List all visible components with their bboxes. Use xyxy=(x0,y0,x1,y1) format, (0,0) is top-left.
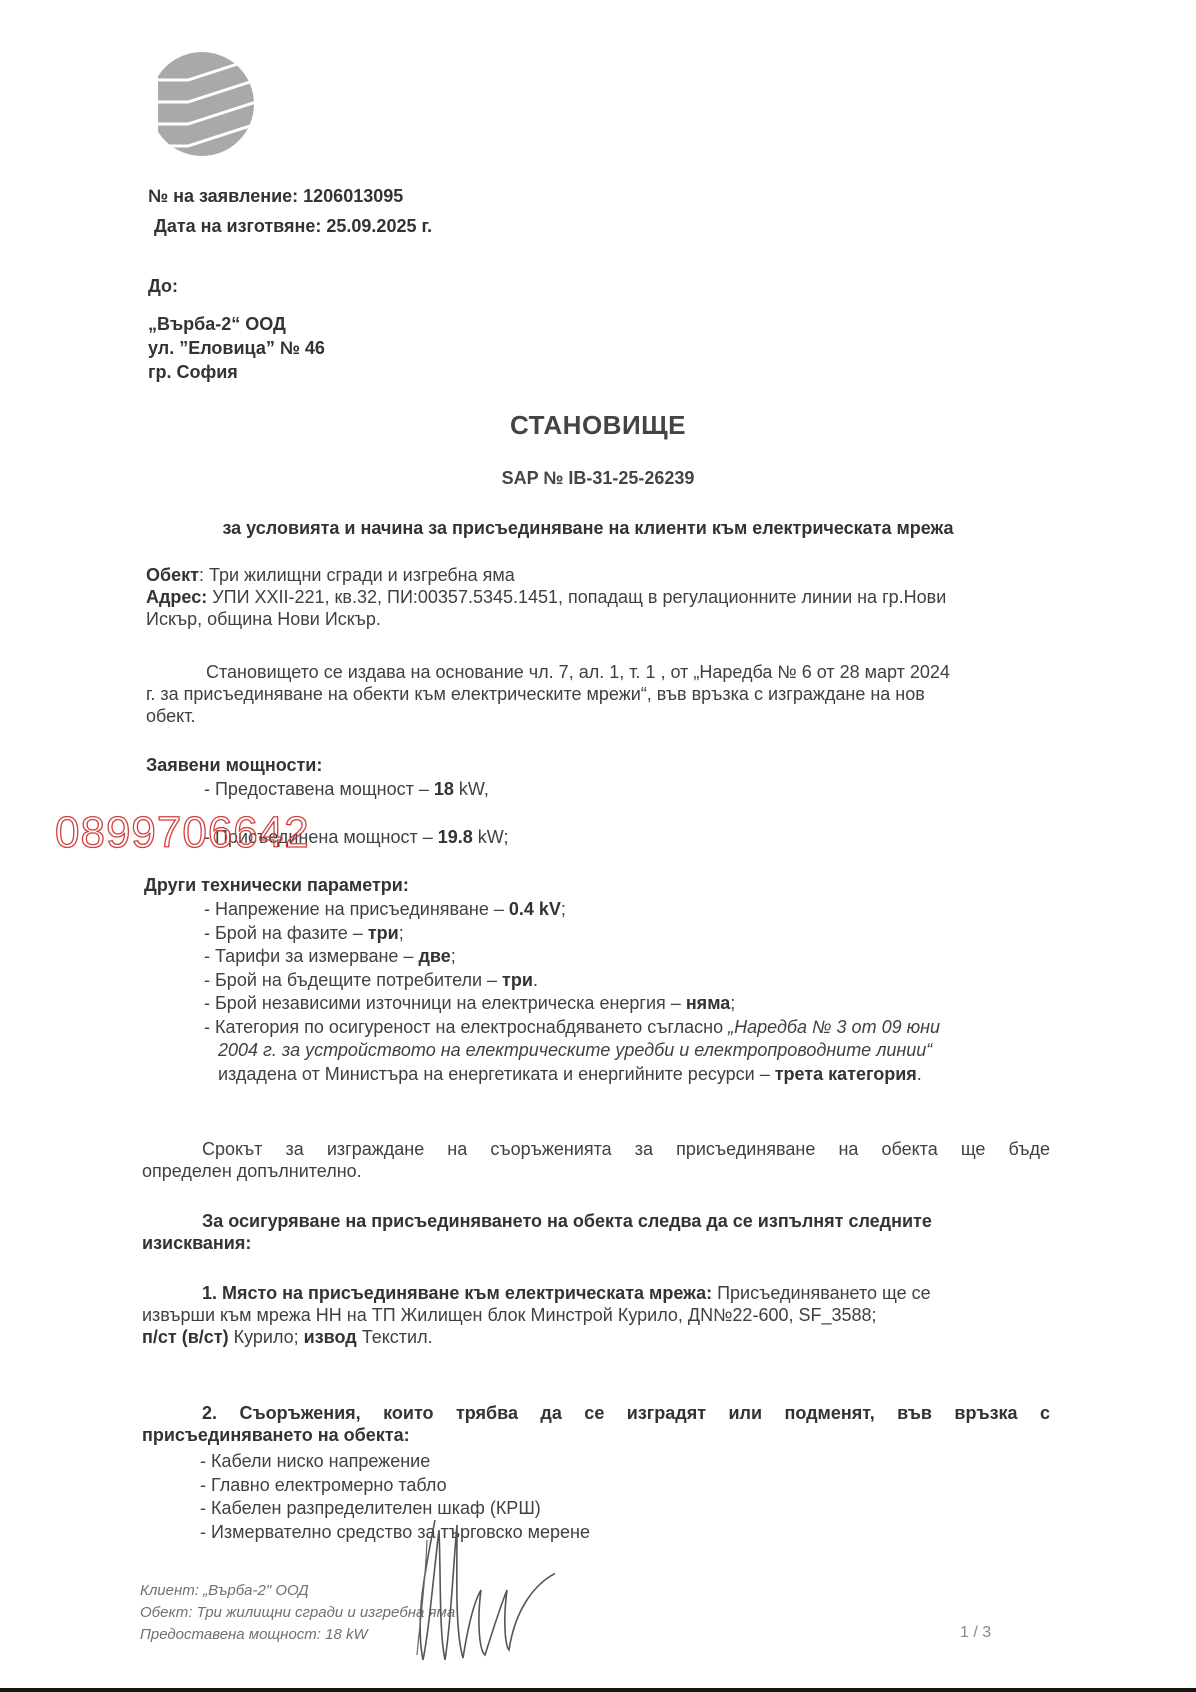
scan-edge xyxy=(0,1688,1196,1692)
object-line: Обект: Три жилищни сгради и изгребна яма xyxy=(146,564,1076,586)
deadline-paragraph: Срокът за изграждане на съоръженията за … xyxy=(142,1138,1050,1182)
recipient-city: гр. София xyxy=(148,360,325,384)
application-number: № на заявление: 1206013095 xyxy=(148,186,403,207)
object-address-block: Обект: Три жилищни сгради и изгребна яма… xyxy=(146,564,1076,630)
recipient-block: „Върба-2“ ООД ул. ”Еловица” № 46 гр. Соф… xyxy=(148,312,325,384)
phone-watermark: 0899706642 xyxy=(55,808,310,858)
sap-number: SAP № IB-31-25-26239 xyxy=(0,468,1196,489)
page-number: 1 / 3 xyxy=(960,1624,991,1642)
tech-item: - Брой на фазите – три; xyxy=(204,922,1084,946)
tech-item-category: - Категория по осигуреност на електросна… xyxy=(204,1016,1084,1040)
date-prepared: Дата на изготвяне: 25.09.2025 г. xyxy=(154,216,432,237)
facility-item: - Кабели ниско напрежение xyxy=(200,1450,590,1474)
to-label: До: xyxy=(148,276,178,297)
basis-paragraph: Становището се издава на основание чл. 7… xyxy=(146,661,1076,727)
tech-item: - Напрежение на присъединяване – 0.4 kV; xyxy=(204,898,1084,922)
signature-icon xyxy=(395,1510,555,1670)
company-logo xyxy=(148,50,256,158)
recipient-company: „Върба-2“ ООД xyxy=(148,312,325,336)
document-subtitle: за условията и начина за присъединяване … xyxy=(0,518,1186,539)
recipient-street: ул. ”Еловица” № 46 xyxy=(148,336,325,360)
address-line: Адрес: УПИ XXII-221, кв.32, ПИ:00357.534… xyxy=(146,586,1076,608)
document-title: СТАНОВИЩЕ xyxy=(0,410,1196,441)
facility-item: - Главно електромерно табло xyxy=(200,1474,590,1498)
point-2-facilities: 2. Съоръжения, които трябва да се изград… xyxy=(142,1402,1050,1446)
declared-power-heading: Заявени мощности: xyxy=(146,754,322,776)
requirements-paragraph: За осигуряване на присъединяването на об… xyxy=(142,1210,1050,1254)
technical-heading: Други технически параметри: xyxy=(144,874,409,896)
tech-item: - Брой на бъдещите потребители – три. xyxy=(204,969,1084,993)
provided-power: - Предоставена мощност – 18 kW, xyxy=(204,778,489,800)
tech-item: - Тарифи за измерване – две; xyxy=(204,945,1084,969)
tech-item: - Брой независими източници на електриче… xyxy=(204,992,1084,1016)
point-1-connection-place: 1. Място на присъединяване към електриче… xyxy=(142,1282,1062,1348)
technical-list: - Напрежение на присъединяване – 0.4 kV;… xyxy=(204,898,1084,1086)
